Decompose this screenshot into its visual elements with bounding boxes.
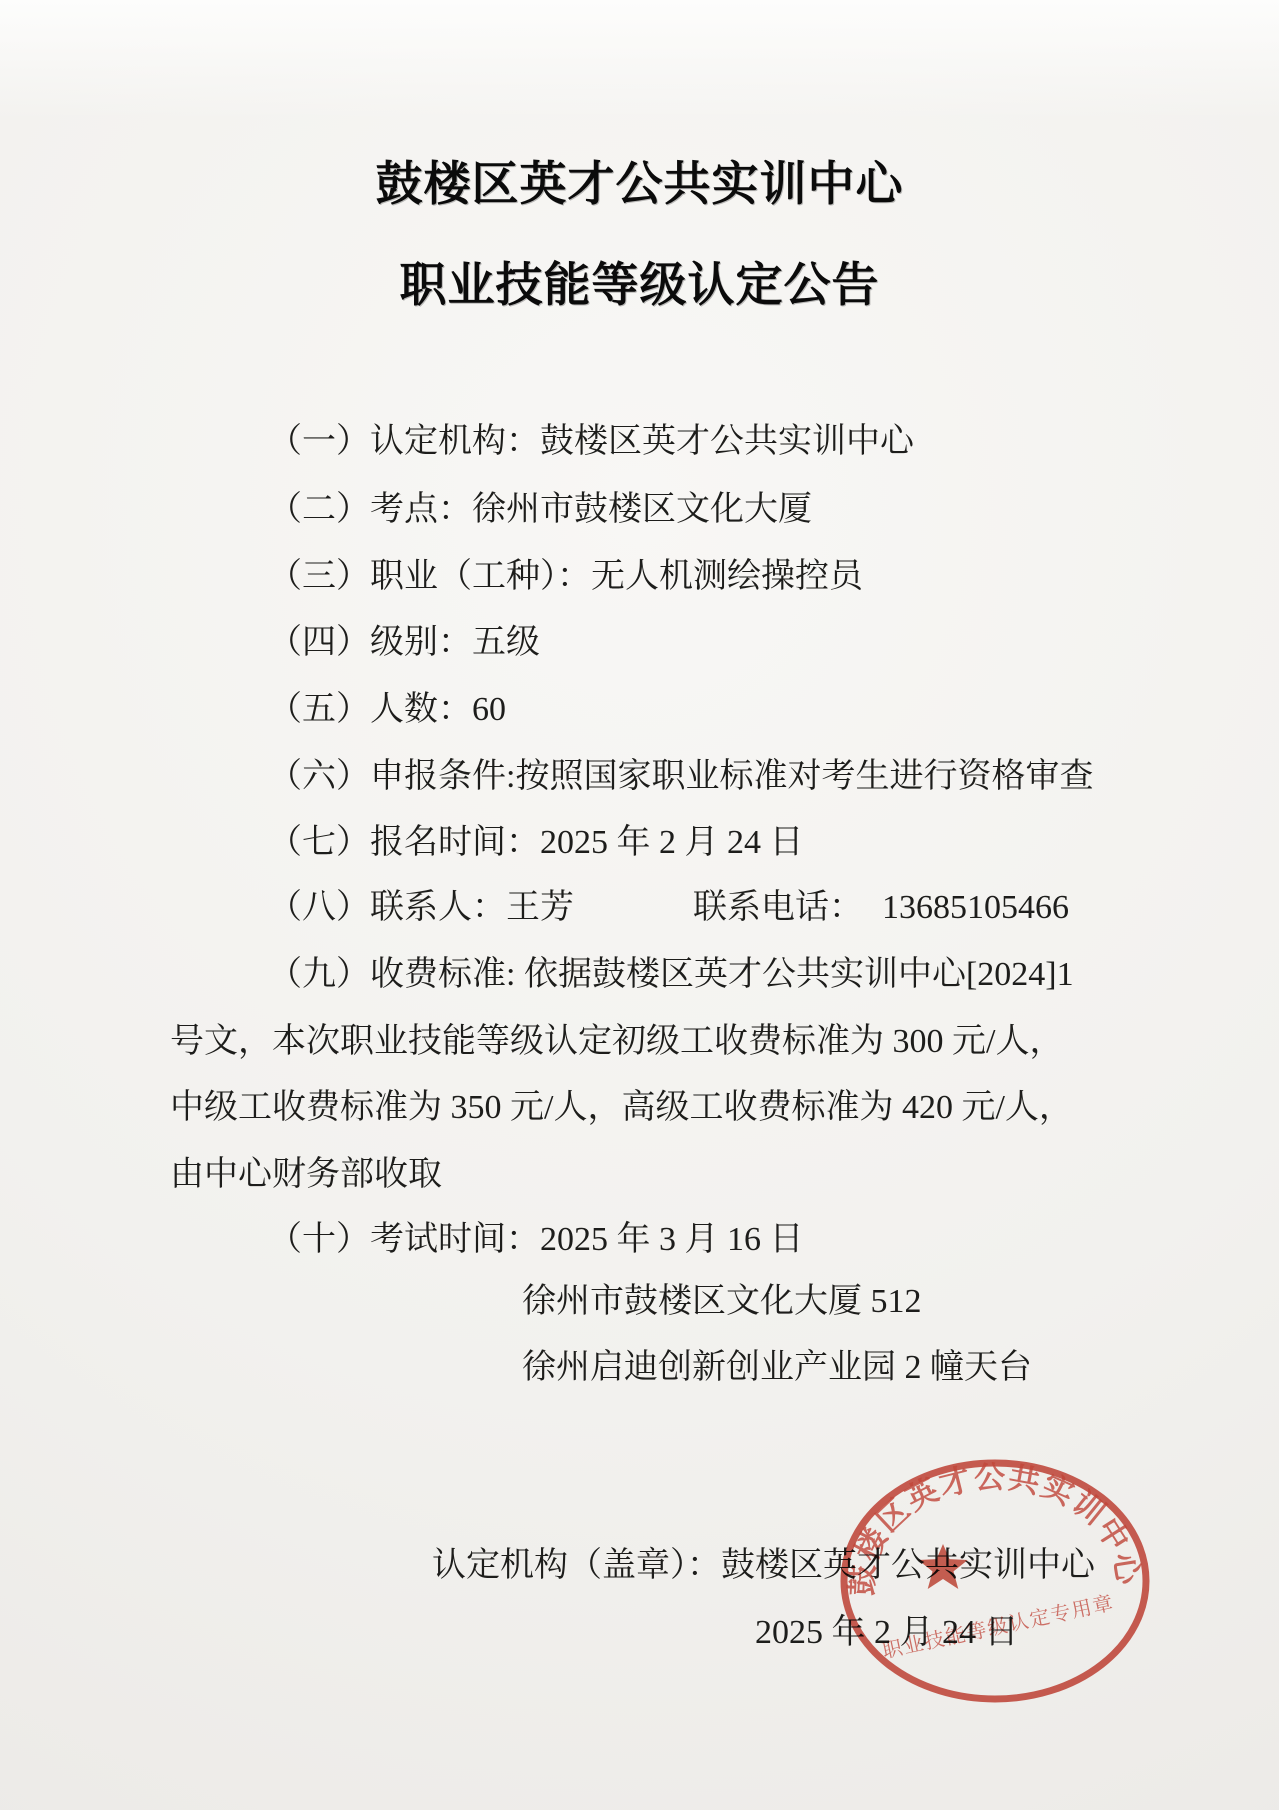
- exam-address-1: 徐州市鼓楼区文化大厦 512: [522, 1282, 922, 1322]
- svg-text:鼓楼区英才公共实训中心: 鼓楼区英才公共实训中心: [844, 1459, 1146, 1596]
- official-seal-stamp: 鼓楼区英才公共实训中心 职业技能等级认定专用章: [828, 1448, 1164, 1724]
- exam-address-2: 徐州启迪创新创业产业园 2 幢天台: [522, 1348, 1032, 1388]
- fee-line-4: 由中心财务部收取: [170, 1155, 442, 1195]
- seal-arc-text: 鼓楼区英才公共实训中心: [844, 1459, 1146, 1596]
- document-title-line1: 鼓楼区英才公共实训中心: [0, 158, 1279, 213]
- item-registration-date: （七）报名时间：2025 年 2 月 24 日: [268, 823, 804, 863]
- announcement-document: 鼓楼区英才公共实训中心 职业技能等级认定公告 （一）认定机构：鼓楼区英才公共实训…: [0, 0, 1279, 1810]
- item-exam-site: （二）考点：徐州市鼓楼区文化大厦: [268, 490, 812, 530]
- fee-line-1: （九）收费标准: 依据鼓楼区英才公共实训中心[2024]1: [268, 955, 1074, 995]
- contact-phone-number: 13685105466: [882, 888, 1069, 928]
- item-headcount: （五）人数：60: [268, 690, 506, 730]
- item-occupation: （三）职业（工种）：无人机测绘操控员: [268, 557, 863, 597]
- item-contact-person: （八）联系人：王芳: [268, 888, 574, 928]
- item-level: （四）级别：五级: [268, 623, 540, 663]
- seal-bottom-text: 职业技能等级认定专用章: [880, 1591, 1116, 1663]
- item-requirements: （六）申报条件:按照国家职业标准对考生进行资格审查: [268, 757, 1093, 797]
- document-title-line2: 职业技能等级认定公告: [0, 259, 1279, 314]
- item-certifying-body: （一）认定机构：鼓楼区英才公共实训中心: [268, 422, 914, 462]
- seal-star-icon: [918, 1544, 967, 1589]
- fee-line-3: 中级工收费标准为 350 元/人，高级工收费标准为 420 元/人，: [170, 1088, 1073, 1128]
- contact-phone-label: 联系电话：: [693, 888, 863, 928]
- fee-line-2: 号文，本次职业技能等级认定初级工收费标准为 300 元/人，: [170, 1022, 1063, 1062]
- item-exam-date: （十）考试时间：2025 年 3 月 16 日: [268, 1220, 804, 1260]
